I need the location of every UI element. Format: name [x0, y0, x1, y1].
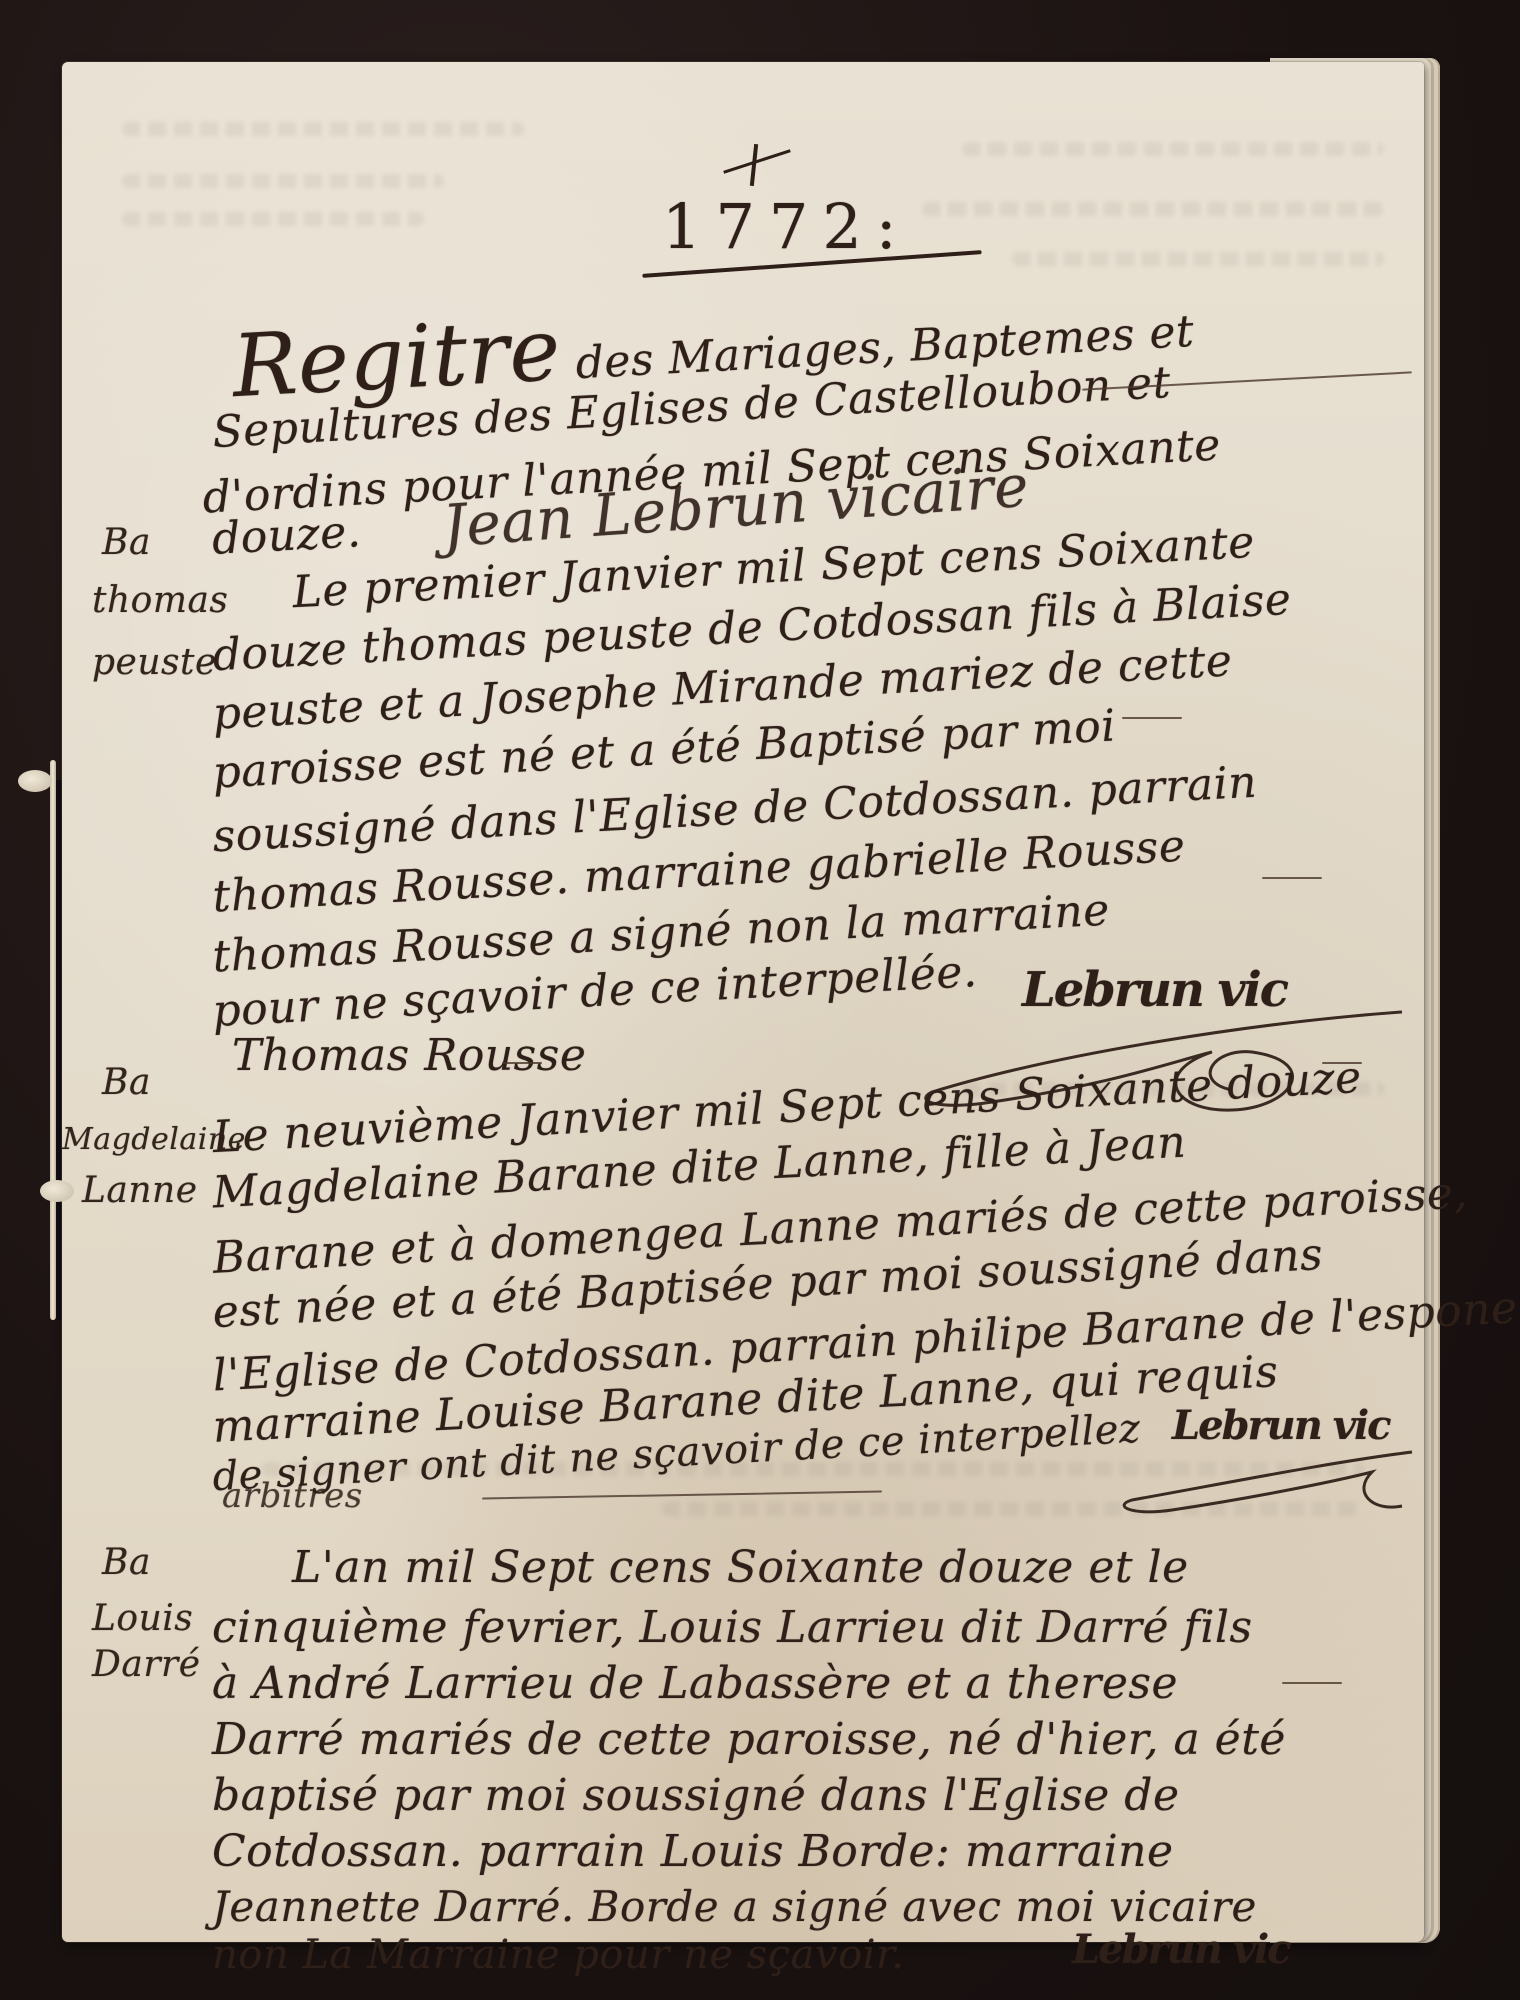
line-filler-rule [1122, 717, 1182, 719]
entry-1-margin-surname: peuste [92, 642, 217, 683]
entry-3-margin-surname: Darré [92, 1644, 201, 1685]
line-filler-rule [1322, 1062, 1362, 1064]
entry-3-margin-type: Ba [102, 1542, 151, 1583]
entry-2-line: arbitres [222, 1476, 363, 1516]
entry-1-margin-given-name: thomas [92, 580, 228, 621]
line-filler-rule [1282, 1682, 1342, 1684]
entry-3-line: baptisé par moi soussigné dans l'Eglise … [212, 1770, 1180, 1821]
entry-3-line: cinquième fevrier, Louis Larrieu dit Dar… [212, 1602, 1253, 1653]
entry-3-line: Jeannette Darré. Borde a signé avec moi … [212, 1882, 1257, 1931]
bleed-through-line [1012, 252, 1384, 266]
entry-3-margin-given-name: Louis [92, 1598, 193, 1639]
entry-2-margin-surname: Lanne [82, 1170, 198, 1211]
bleed-through-line [962, 142, 1384, 156]
line-filler-rule [1262, 877, 1322, 879]
witness-signature: Thomas Rousse [232, 1030, 586, 1081]
manuscript-page: 1772: Regitre des Mariages, Baptemes et … [62, 62, 1424, 1942]
line-filler-rule [482, 1491, 882, 1500]
binding-knot [40, 1180, 74, 1202]
entry-3-line: à André Larrieu de Labassère et a theres… [212, 1658, 1178, 1709]
entry-1-margin-type: Ba [102, 522, 151, 563]
entry-3-line: Darré mariés de cette paroisse, né d'hie… [212, 1714, 1286, 1765]
bleed-through-line [122, 174, 444, 188]
signature-flourish [1112, 1442, 1422, 1522]
bleed-through-line [122, 212, 424, 226]
bleed-through-line [122, 122, 524, 136]
register-year: 1772: [662, 190, 911, 263]
entry-3-line: Cotdossan. parrain Louis Borde: marraine [212, 1826, 1174, 1877]
binding-knot [18, 770, 52, 792]
bleed-through-line [922, 202, 1384, 216]
entry-3-line: L'an mil Sept cens Soixante douze et le [292, 1542, 1189, 1593]
priest-signature: Lebrun vic [1072, 1926, 1290, 1973]
binding-thread [50, 760, 56, 1320]
title-line-4: douze. [211, 506, 363, 565]
entry-2-margin-type: Ba [102, 1062, 151, 1103]
signature-dash [502, 1062, 542, 1064]
entry-3-line: non La Marraine pour ne sçavoir. [212, 1932, 904, 1978]
